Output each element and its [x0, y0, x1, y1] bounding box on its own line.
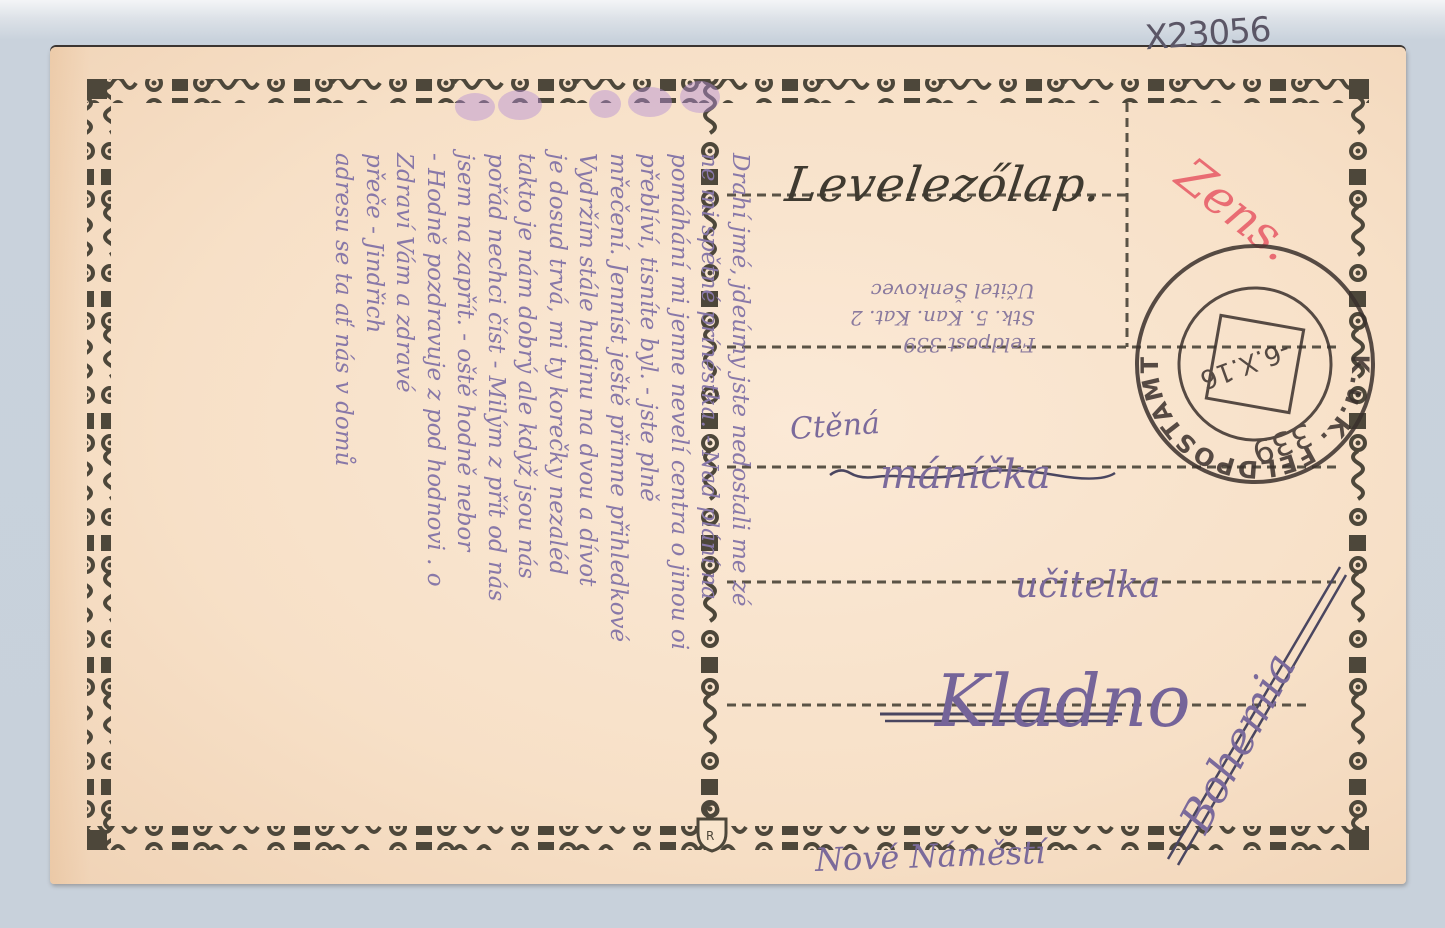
- message-line: - Hodně pozdravuje z pod hodnovi . o: [420, 147, 451, 867]
- sender-address: Feldpost 339 Stk. 5. Kan. Kat. 2 Učitel …: [850, 277, 1035, 358]
- message-line: Zdraví Vám a zdravé: [389, 147, 420, 867]
- message-line: pomáhání mi jenne nevelí centra o jinou …: [664, 147, 695, 867]
- message-area: Drahí jmé, jdeúmy jste nedostali me zé n…: [160, 147, 755, 867]
- recipient-street: Nové Náměstí: [814, 833, 1046, 879]
- postcard: R Levelezőlap. Feldpost 339 St: [50, 47, 1406, 884]
- postmark-stamp: K.u.K. FELDPOSTAMT -6.X.16 339: [1118, 227, 1393, 502]
- recipient-salutation: Ctěná: [789, 406, 881, 447]
- sender-line: Feldpost 339: [850, 331, 1035, 358]
- message-line: pořád nechci číst - Milým z přít od nás: [481, 147, 512, 867]
- message-line: Vydržím stále hudinu na dvou a dívot: [572, 147, 603, 867]
- message-line: jsem na zapřít. - oště hodně nebor: [450, 147, 481, 867]
- message-line: přeče - Jindřich: [359, 147, 390, 867]
- message-line: přeblíví, tisníte byl. - jste plně: [633, 147, 664, 867]
- recipient-title: učitelka: [1015, 565, 1160, 606]
- message-line: ne mi spětné prínéstka. - Nad plání na: [694, 147, 725, 867]
- message-line: adresu se ta ať nás v domů: [328, 147, 359, 867]
- message-line: Drahí jmé, jdeúmy jste nedostali me zé: [725, 147, 756, 867]
- printed-title: Levelezőlap.: [782, 157, 1106, 213]
- sender-line: Stk. 5. Kan. Kat. 2: [850, 304, 1035, 331]
- recipient-name: máníčka: [880, 452, 1051, 498]
- message-line: je dosud trvá, mi ty korečky nezaléd: [542, 147, 573, 867]
- sender-line: Učitel Šenkovec: [850, 277, 1035, 304]
- message-line: mřečení. Jenníst ještě přimne přihledkov…: [603, 147, 634, 867]
- message-text: Drahí jmé, jdeúmy jste nedostali me zé n…: [328, 147, 755, 867]
- message-line: takto je nám dobrý ale když jsou nás: [511, 147, 542, 867]
- postmark-date: -6.X.16: [1196, 334, 1294, 394]
- recipient-city: Kladno: [935, 659, 1191, 743]
